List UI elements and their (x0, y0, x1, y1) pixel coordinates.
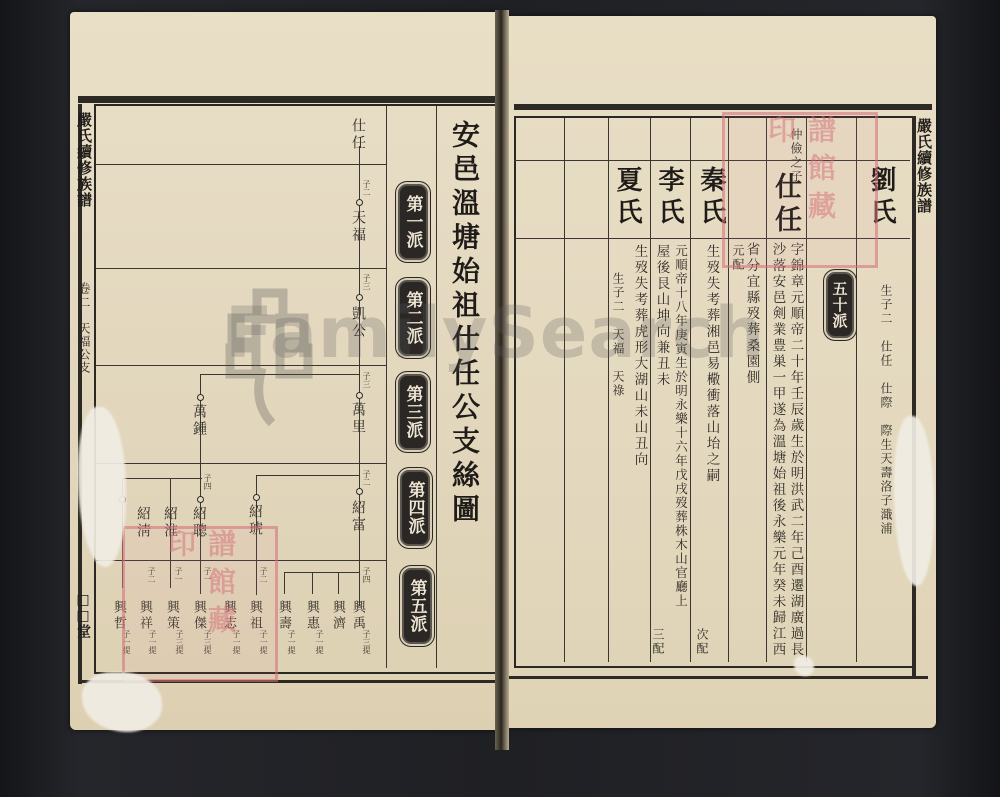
generation-badge-3: 第三派 (398, 374, 428, 450)
paper-damage (82, 672, 162, 732)
person-xingshou: 興壽 (277, 600, 290, 632)
margin-title: 嚴氏續修族譜 (76, 112, 91, 208)
person-wanzhong: 萬鍾 (192, 404, 206, 438)
role-sanpei: 三配 (652, 628, 664, 656)
biography-col1: 字錦章元順帝二十年壬辰歲生於明洪武二年己酉遷湖廣過長 (788, 242, 802, 658)
margin-volume: 卷二 (78, 282, 90, 310)
margin-title-right: 嚴氏續修族譜 (916, 118, 931, 214)
generation-badge-4: 第四派 (400, 470, 430, 546)
person-xinghui: 興惠 (305, 600, 318, 632)
spouse-qin-surname: 秦氏 (698, 166, 724, 230)
spouse-liu-note: 際生天壽洛子濈浦 (880, 424, 892, 536)
person-shiren: 仕任 (351, 118, 365, 152)
person-xingyu: 興禹 (351, 600, 364, 632)
person-tianfu: 天福 (351, 210, 365, 244)
generation-badge-1: 第一派 (398, 184, 428, 260)
margin-hall: □□堂 (76, 592, 90, 638)
familysearch-watermark: FamilySearch (225, 292, 766, 374)
top-border (78, 96, 498, 103)
person-wanli: 萬里 (351, 402, 365, 436)
spouse-xia-surname: 夏氏 (614, 166, 640, 230)
person-shaofu: 紹富 (351, 500, 365, 534)
generation-badge-50: 五十派 (826, 272, 854, 338)
biography-col2: 沙落安邑剣業豊巣一甲遂為溫塘始祖後永樂元年癸未歸江西 (770, 242, 784, 658)
role-cipei: 次配 (696, 628, 708, 656)
generation-badge-5: 第五派 (402, 568, 432, 644)
paper-damage (794, 656, 814, 676)
margin-branch: 天福公支 (78, 322, 90, 374)
library-seal-left: 譜館藏印 (122, 526, 278, 682)
person-xingji: 興濟 (331, 600, 344, 632)
spouse-liu-children: 生子二 仕任 仕際 (880, 284, 892, 410)
spouse-li-surname: 李氏 (656, 166, 682, 230)
library-seal-right: 譜館藏印 (722, 112, 878, 268)
book-spine (495, 10, 509, 750)
